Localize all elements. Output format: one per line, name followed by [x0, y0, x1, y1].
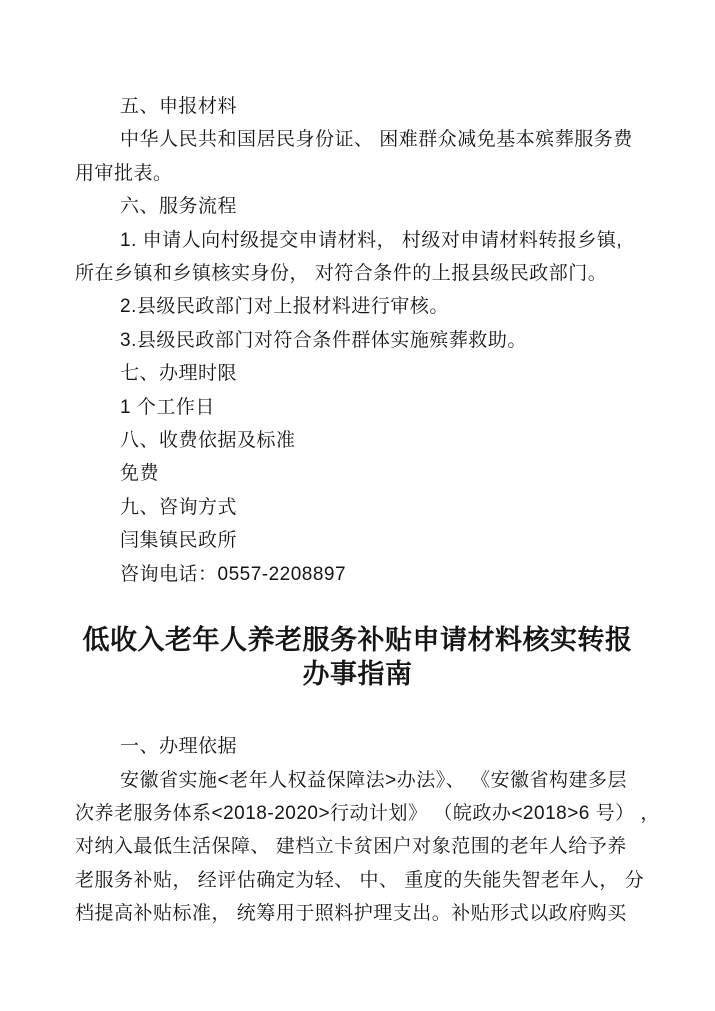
body-line-step1: 1. 申请人向村级提交申请材料， 村级对申请材料转报乡镇, — [75, 224, 640, 257]
body-line-basis-5: 档提高补贴标准， 统筹用于照料护理支出。补贴形式以政府购买 — [75, 897, 640, 930]
body-line-phone: 咨询电话：0557-2208897 — [75, 558, 640, 591]
section-heading-basis: 一、办理依据 — [75, 730, 640, 763]
body-line-materials-cont: 用审批表。 — [75, 157, 640, 190]
document-content: 五、申报材料 中华人民共和国居民身份证、 困难群众减免基本殡葬服务费 用审批表。… — [0, 0, 715, 931]
body-line-basis-1: 安徽省实施<老年人权益保障法>办法》、 《安徽省构建多层 — [75, 764, 640, 797]
body-line-working-days: 1 个工作日 — [75, 391, 640, 424]
body-line-materials-list: 中华人民共和国居民身份证、 困难群众减免基本殡葬服务费 — [75, 123, 640, 156]
section-heading-time-limit: 七、办理时限 — [75, 357, 640, 390]
body-line-step1-cont: 所在乡镇和乡镇核实身份， 对符合条件的上报县级民政部门。 — [75, 257, 640, 290]
document-title-line1: 低收入老年人养老服务补贴申请材料核实转报 — [75, 623, 640, 657]
body-line-step2: 2.县级民政部门对上报材料进行审核。 — [75, 290, 640, 323]
section-heading-contact: 九、咨询方式 — [75, 491, 640, 524]
document-page: 五、申报材料 中华人民共和国居民身份证、 困难群众减免基本殡葬服务费 用审批表。… — [0, 0, 715, 1011]
body-line-basis-4: 老服务补贴， 经评估确定为轻、 中、 重度的失能失智老年人， 分 — [75, 864, 640, 897]
document-title: 低收入老年人养老服务补贴申请材料核实转报 办事指南 — [75, 623, 640, 691]
body-line-basis-2: 次养老服务体系<2018-2020>行动计划》 （皖政办<2018>6 号） ， — [75, 797, 640, 830]
document-title-line2: 办事指南 — [75, 657, 640, 691]
body-line-step3: 3.县级民政部门对符合条件群体实施殡葬救助。 — [75, 324, 640, 357]
body-line-office: 闫集镇民政所 — [75, 524, 640, 557]
body-line-free: 免费 — [75, 457, 640, 490]
section-heading-materials: 五、申报材料 — [75, 90, 640, 123]
body-line-basis-3: 对纳入最低生活保障、 建档立卡贫困户对象范围的老年人给予养 — [75, 830, 640, 863]
section-heading-fees: 八、收费依据及标准 — [75, 424, 640, 457]
section-heading-process: 六、服务流程 — [75, 190, 640, 223]
